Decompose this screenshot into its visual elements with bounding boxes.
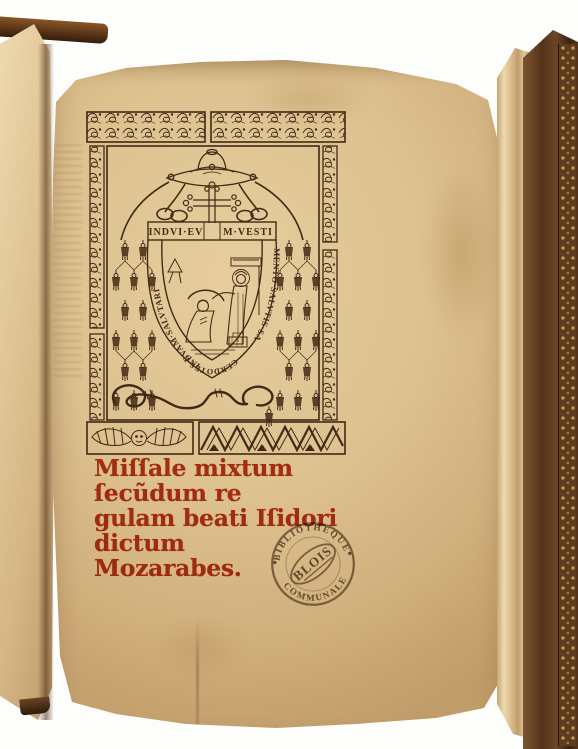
ornamental-border-top	[87, 112, 345, 142]
svg-text:MENTO·SALVTIS·SA: MENTO·SALVTIS·SA	[252, 248, 282, 344]
zigzag-border	[201, 427, 343, 451]
processional-cross-icon	[183, 182, 240, 223]
gutter-shadow	[38, 44, 54, 720]
chasuble-garment	[188, 290, 224, 301]
svg-text:INDVAM·SALVTARI: INDVAM·SALVTARI	[151, 288, 202, 372]
book-photo: INDVI·EV M·VESTI MENTO·SALVTIS·SA CERDOT…	[0, 0, 578, 749]
stamp-dot	[273, 561, 277, 565]
vesting-scene	[168, 258, 261, 354]
virgin-figure	[212, 270, 250, 345]
kneeling-bishop-figure	[186, 300, 214, 342]
text-show-through	[54, 144, 82, 379]
gold-tooling	[558, 44, 576, 746]
galero-hat-icon	[167, 150, 257, 187]
tassels-right	[277, 240, 320, 411]
ornamental-border-right	[323, 146, 337, 420]
motto-right: MENTO·SALVTIS·SA	[252, 248, 282, 344]
shield	[147, 222, 276, 378]
ornamental-border-bottom	[87, 422, 345, 454]
angel-icon	[92, 427, 186, 446]
mitre-icon	[168, 259, 182, 283]
inner-rule-frame	[107, 146, 319, 420]
library-stamp: BIBLIOTHEQUE COMMUNALE BLOIS	[256, 509, 369, 619]
page-stain	[424, 168, 498, 338]
page-crease	[196, 618, 199, 748]
page-stain	[156, 616, 246, 676]
leather-cover	[523, 30, 578, 749]
cord-tassel-icon	[266, 406, 273, 427]
motto-top-right: M·VESTI	[223, 227, 273, 238]
title-line: Miſſale mixtum ſecũdum re	[94, 456, 374, 506]
motto-top-left: INDVI·EV	[149, 227, 204, 238]
ornamental-border-left	[90, 146, 104, 420]
woodcut-emblem: INDVI·EV M·VESTI MENTO·SALVTIS·SA CERDOT…	[85, 110, 347, 456]
motto-left: INDVAM·SALVTARI	[151, 288, 202, 372]
